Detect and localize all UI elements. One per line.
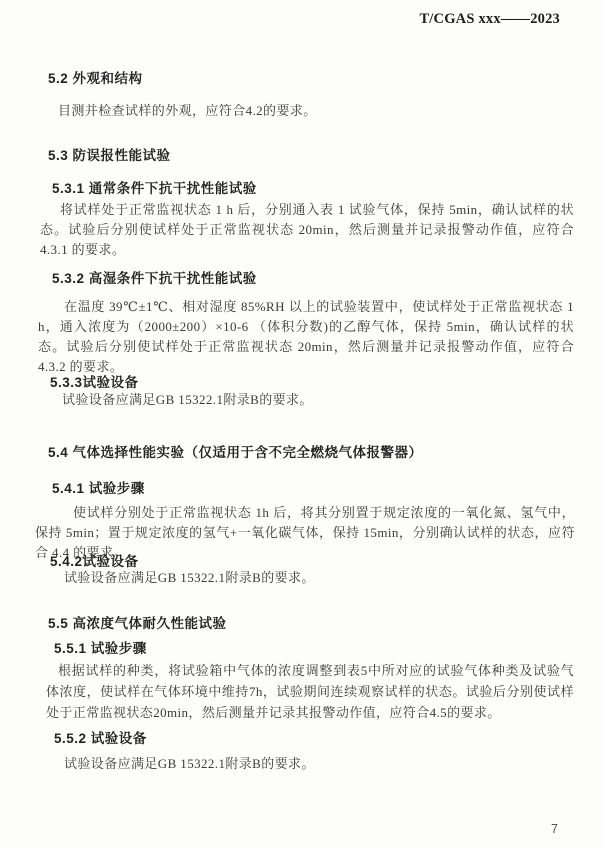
paragraph-5-5-1: 根据试样的种类，将试验箱中气体的浓度调整到表5中所对应的试验气体种类及试验气体浓… [46,660,574,723]
section-heading-5-5-2: 5.5.2 试验设备 [54,727,147,747]
paragraph-5-2: 目测并检查试样的外观，应符合4.2的要求。 [40,101,572,121]
paragraph-5-4-2: 试验设备应满足GB 15322.1附录B的要求。 [40,568,574,588]
section-heading-5-3-1: 5.3.1 通常条件下抗干扰性能试验 [52,177,257,197]
section-heading-5-5: 5.5 高浓度气体耐久性能试验 [48,612,227,632]
section-heading-5-2: 5.2 外观和结构 [48,67,143,87]
paragraph-5-3-3: 试验设备应满足GB 15322.1附录B的要求。 [40,390,574,410]
section-heading-5-3-3: 5.3.3试验设备 [50,371,139,391]
section-heading-5-5-1: 5.5.1 试验步骤 [54,637,147,657]
document-page: T/CGAS xxx——2023 5.2 外观和结构 目测并检查试样的外观，应符… [0,0,604,847]
section-heading-5-4-1: 5.4.1 试验步骤 [52,477,145,497]
section-heading-5-3: 5.3 防误报性能试验 [48,144,171,164]
standard-number-header: T/CGAS xxx——2023 [0,11,560,28]
section-heading-5-3-2: 5.3.2 高湿条件下抗干扰性能试验 [52,267,257,287]
paragraph-5-3-2: 在温度 39℃±1℃、相对湿度 85%RH 以上的试验装置中，使试样处于正常监视… [38,297,574,377]
page-number: 7 [551,822,558,836]
section-heading-5-4: 5.4 气体选择性能实验（仅适用于含不完全燃烧气体报警器） [48,441,423,461]
section-heading-5-4-2: 5.4.2试验设备 [50,550,139,570]
paragraph-5-3-1: 将试样处于正常监视状态 1 h 后，分别通入表 1 试验气体，保持 5min，确… [40,200,574,260]
paragraph-5-5-2: 试验设备应满足GB 15322.1附录B的要求。 [42,754,574,774]
